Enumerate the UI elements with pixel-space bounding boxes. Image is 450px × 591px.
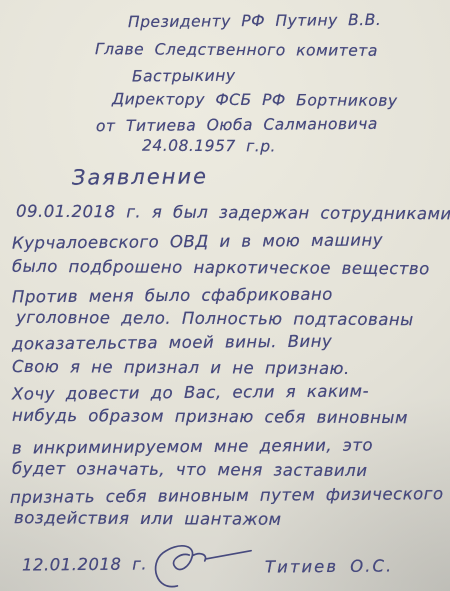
body-line: доказательства моей вины. Вину (12, 333, 332, 354)
body-line: Свою я не признал и не признаю. (12, 358, 350, 378)
birthdate-line: 24.08.1957 г.р. (142, 138, 276, 156)
body-line: Против меня было сфабриковано (12, 286, 333, 307)
addressee-line: Директору ФСБ РФ Бортникову (112, 91, 398, 110)
body-line: Хочу довести до Вас, если я каким- (12, 382, 369, 403)
body-line: Курчалоевского ОВД и в мою машину (12, 231, 383, 252)
body-line: 09.01.2018 г. я был задержан сотрудникам… (16, 203, 450, 224)
body-line: воздействия или шантажом (14, 509, 282, 529)
body-line: уголовное дело. Полностью подтасованы (16, 309, 414, 330)
body-line: в инкриминируемом мне деянии, это (12, 436, 373, 457)
body-line: будет означать, что меня заставили (12, 460, 368, 480)
signature-date: 12.01.2018 г. (22, 555, 147, 574)
document-title: Заявление (72, 165, 208, 189)
body-line: нибудь образом признаю себя виновным (12, 407, 408, 428)
addressee-line: Бастрыкину (132, 68, 236, 86)
body-line: признать себя виновным путем физического (10, 485, 444, 507)
addressee-line: Президенту РФ Путину В.В. (128, 12, 381, 31)
sender-line: от Титиева Оюба Салмановича (96, 116, 378, 136)
signature-icon (147, 538, 262, 591)
signature-name: Титиев О.С. (265, 557, 393, 576)
body-line: было подброшено наркотическое вещество (12, 258, 430, 279)
addressee-line: Главе Следственного комитета (95, 41, 378, 60)
photographed-handwritten-letter: Президенту РФ Путину В.В. Главе Следстве… (0, 0, 450, 591)
